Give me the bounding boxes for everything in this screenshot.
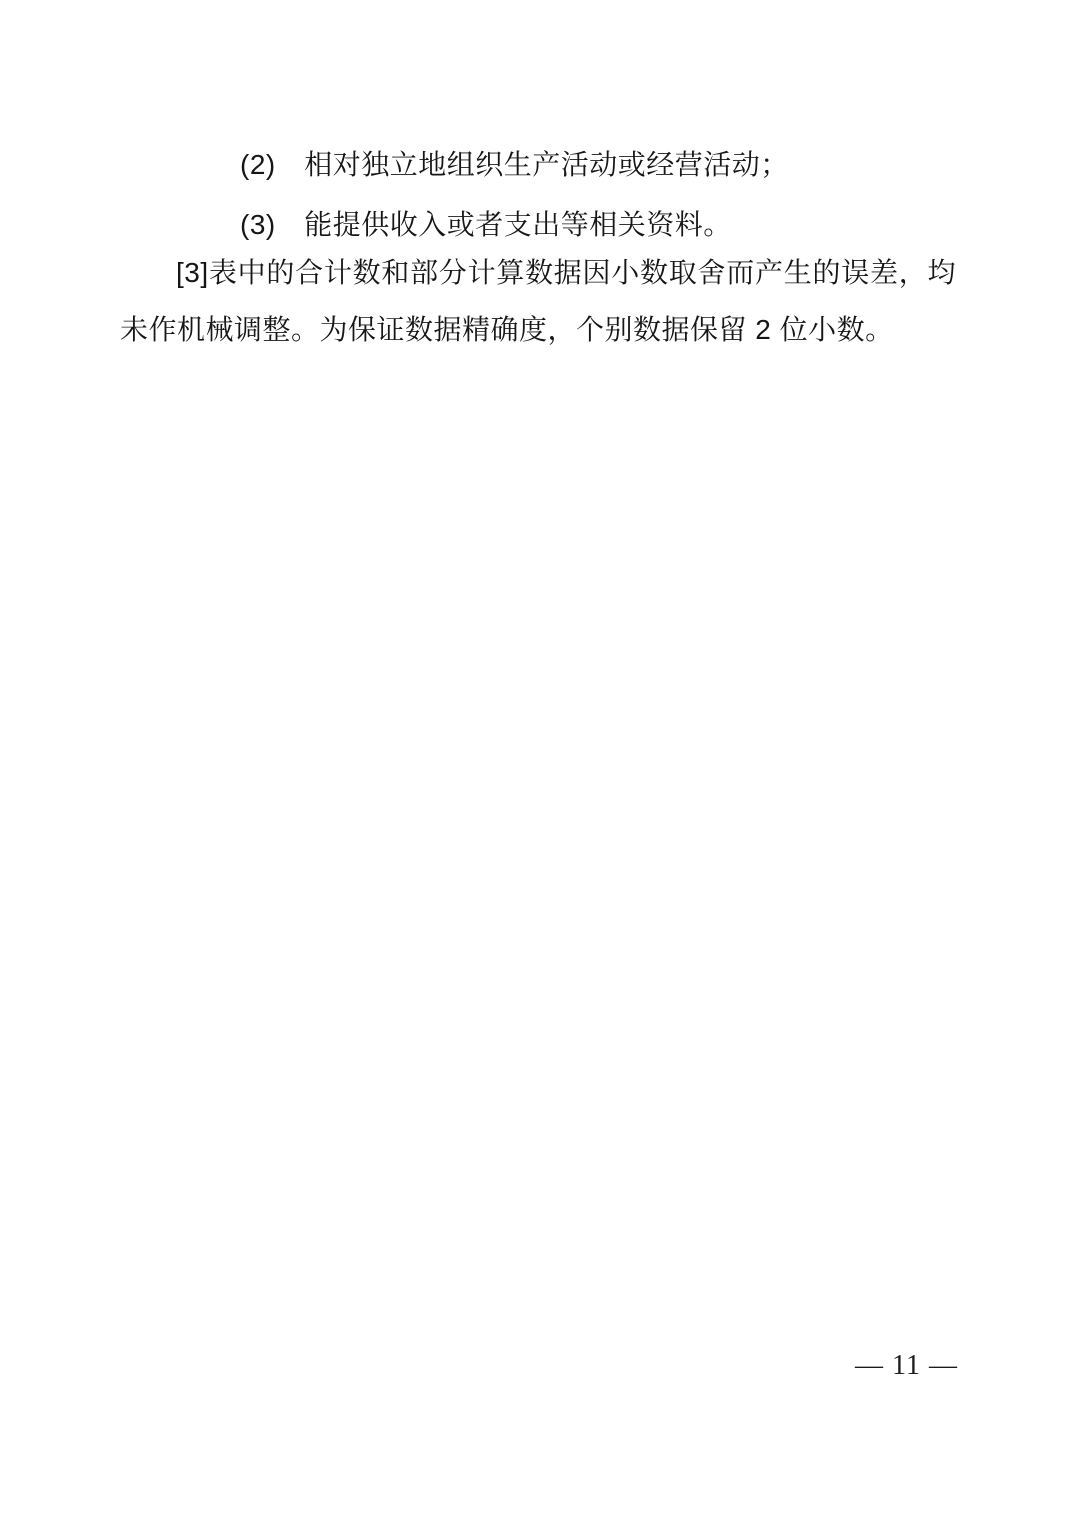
page-number: — 11 — [855, 1350, 958, 1382]
list-item-3: (3) 能提供收入或者支出等相关资料。 [240, 203, 732, 243]
footnote-paragraph: [3]表中的合计数和部分计算数据因小数取舍而产生的误差，均未作机械调整。为保证数… [120, 244, 956, 358]
document-page: (2) 相对独立地组织生产活动或经营活动； (3) 能提供收入或者支出等相关资料… [0, 0, 1074, 1520]
list-item-2: (2) 相对独立地组织生产活动或经营活动； [240, 143, 789, 183]
